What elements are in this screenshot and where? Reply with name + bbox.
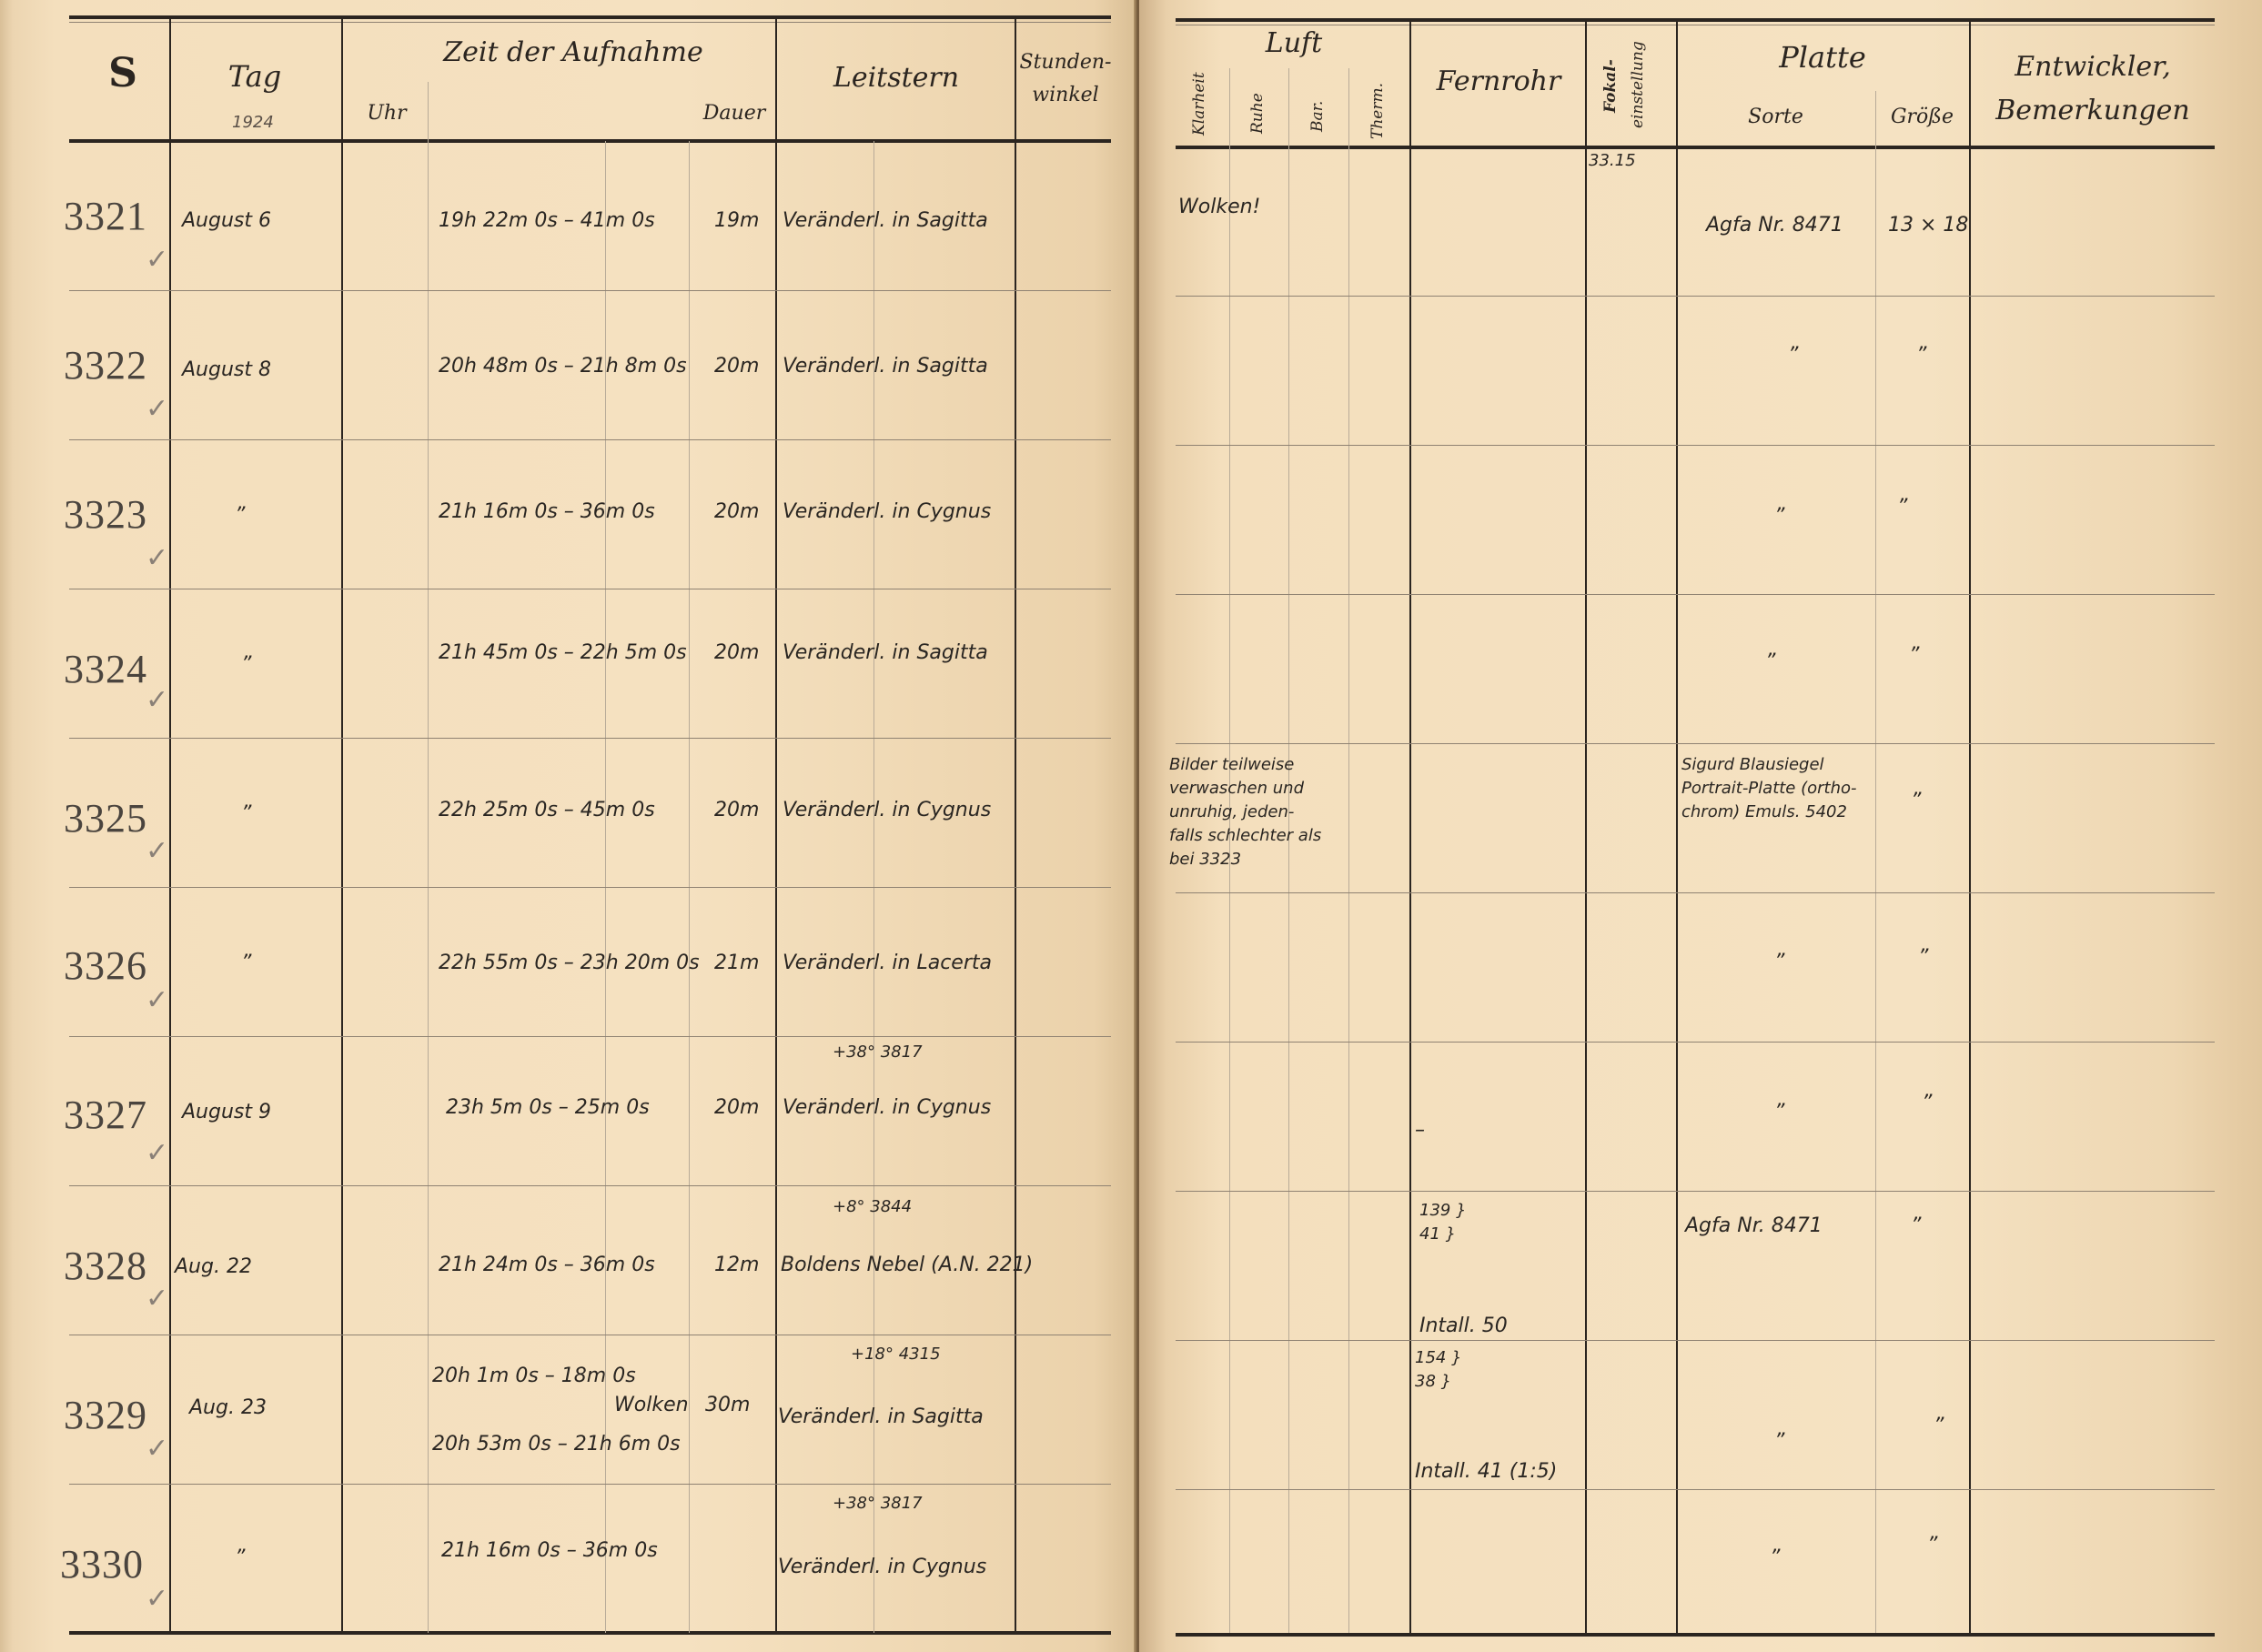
- row-divider: [69, 887, 1111, 888]
- time-cell-2: 20h 53m 0s – 21h 6m 0s: [432, 1433, 681, 1456]
- time-cell: 21h 16m 0s – 36m 0s: [441, 1539, 658, 1562]
- header-therm: Therm.: [1368, 80, 1387, 142]
- col-divider: [775, 17, 777, 1633]
- col-divider: [1409, 20, 1411, 1633]
- top-rule-double: [1176, 25, 2215, 25]
- leitstern-cell: Veränderl. in Cygnus: [783, 1096, 991, 1119]
- row-divider: [69, 738, 1111, 739]
- platte-sorte: ”: [1788, 344, 1798, 367]
- platte-sorte: ”: [1770, 1546, 1780, 1569]
- platte-groesse: ”: [1897, 496, 1907, 519]
- fokal-value: 33.15: [1589, 151, 1636, 170]
- row-divider: [69, 290, 1111, 291]
- row-divider: [69, 1185, 1111, 1186]
- left-page: S Tag 1924 Zeit der Aufnahme Uhr Dauer L…: [0, 0, 1139, 1652]
- dauer-cell: 30m: [705, 1394, 750, 1416]
- check-mark: ✓: [146, 1583, 168, 1615]
- fernrohr-note: 139 } 41 }: [1419, 1199, 1467, 1246]
- luft-note: Bilder teilweise verwaschen und unruhig,…: [1169, 753, 1321, 871]
- platte-groesse: ”: [1909, 644, 1919, 667]
- col-divider-faint: [1875, 91, 1876, 1633]
- leitstern-cell: Veränderl. in Lacerta: [783, 952, 992, 974]
- row-divider: [1176, 1191, 2215, 1192]
- top-rule-double: [69, 22, 1111, 23]
- exposure-number: 3328: [64, 1243, 147, 1289]
- exposure-number: 3321: [64, 193, 147, 239]
- check-mark: ✓: [146, 542, 168, 574]
- leitstern-position: +38° 3817: [833, 1043, 923, 1062]
- top-rule: [1176, 18, 2215, 22]
- dauer-cell: 20m: [714, 500, 759, 523]
- leitstern-position: +8° 3844: [833, 1197, 912, 1216]
- fernrohr-note: 154 } 38 }: [1415, 1346, 1462, 1394]
- row-divider: [1176, 1340, 2215, 1341]
- time-cell: 20h 1m 0s – 18m 0s: [432, 1365, 636, 1387]
- dauer-cell: 12m: [714, 1254, 759, 1276]
- header-tag: Tag: [200, 59, 309, 94]
- tag-cell: August 6: [182, 209, 271, 232]
- platte-groesse: ”: [1911, 1214, 1921, 1237]
- header-entwickler: Entwickler,: [1971, 51, 2215, 83]
- row-divider: [1176, 743, 2215, 744]
- time-cell: 22h 55m 0s – 23h 20m 0s: [439, 952, 700, 974]
- leitstern-cell: Veränderl. in Cygnus: [783, 799, 991, 821]
- leitstern-cell: Veränderl. in Sagitta: [783, 641, 988, 664]
- leitstern-cell: Veränderl. in Cygnus: [783, 500, 991, 523]
- leitstern-cell: Boldens Nebel (A.N. 221): [781, 1254, 1033, 1276]
- row-divider: [69, 439, 1111, 440]
- dauer-cell: 20m: [714, 1096, 759, 1119]
- row-divider: [69, 1335, 1111, 1335]
- header-ruhe: Ruhe: [1248, 84, 1267, 143]
- check-mark: ✓: [146, 393, 168, 425]
- header-rule: [1176, 146, 2215, 149]
- platte-groesse: ”: [1934, 1415, 1944, 1437]
- luft-note: Wolken!: [1178, 196, 1260, 218]
- platte-sorte: ”: [1774, 505, 1784, 528]
- header-klarheit: Klarheit: [1190, 65, 1208, 143]
- leitstern-cell: Veränderl. in Sagitta: [778, 1405, 984, 1428]
- row-divider: [1176, 445, 2215, 446]
- col-divider: [341, 17, 343, 1633]
- col-divider: [1969, 20, 1971, 1633]
- exposure-number: 3327: [64, 1092, 147, 1138]
- tag-cell: August 9: [182, 1101, 271, 1123]
- platte-sorte: ”: [1774, 951, 1784, 973]
- platte-sorte: Sigurd Blausiegel Portrait-Platte (ortho…: [1681, 753, 1857, 824]
- time-cell: 19h 22m 0s – 41m 0s: [439, 209, 655, 232]
- exposure-number: 3323: [64, 491, 147, 538]
- exposure-number: 3325: [64, 795, 147, 841]
- row-divider: [69, 1484, 1111, 1485]
- header-bar: Bar.: [1308, 91, 1327, 141]
- time-cell: 20h 48m 0s – 21h 8m 0s: [439, 355, 687, 378]
- row-divider: [1176, 1489, 2215, 1490]
- header-dauer: Dauer: [693, 102, 775, 125]
- tag-cell: ”: [241, 653, 251, 676]
- platte-groesse: ”: [1922, 1092, 1932, 1114]
- check-mark: ✓: [146, 1433, 168, 1465]
- col-divider: [1676, 20, 1678, 1633]
- platte-groesse: ”: [1927, 1534, 1937, 1556]
- tag-cell: ”: [235, 1546, 245, 1569]
- col-divider-faint: [428, 82, 429, 1633]
- platte-sorte: Agfa Nr. 8471: [1685, 1214, 1823, 1237]
- leitstern-cell: Veränderl. in Sagitta: [783, 355, 988, 378]
- year-note: 1924: [232, 113, 274, 132]
- fernrohr-note-bottom: Intall. 50: [1419, 1315, 1508, 1337]
- header-rule: [69, 139, 1111, 143]
- time-cell: 23h 5m 0s – 25m 0s: [446, 1096, 650, 1119]
- platte-groesse: ”: [1916, 344, 1926, 367]
- col-divider: [1585, 20, 1587, 1633]
- exposure-number: 3326: [64, 942, 147, 989]
- row-divider: [69, 1036, 1111, 1037]
- header-fokal-1: Fokal-: [1601, 50, 1620, 123]
- exposure-number: 3322: [64, 342, 147, 388]
- platte-sorte: ”: [1765, 650, 1775, 673]
- leitstern-cell: Veränderl. in Cygnus: [778, 1556, 986, 1578]
- time-cell: 21h 16m 0s – 36m 0s: [439, 500, 655, 523]
- platte-groesse: ”: [1918, 946, 1928, 969]
- dauer-cell: 21m: [714, 952, 759, 974]
- check-mark: ✓: [146, 244, 168, 276]
- leitstern-position: +38° 3817: [833, 1494, 923, 1513]
- tag-cell: ”: [241, 952, 251, 974]
- header-fokal-2: einstellung: [1629, 35, 1647, 135]
- tag-cell: Aug. 23: [189, 1396, 267, 1419]
- header-groesse: Größe: [1875, 106, 1969, 128]
- row-divider: [1176, 1042, 2215, 1043]
- col-divider: [169, 17, 171, 1633]
- row-divider: [69, 589, 1111, 589]
- fernrohr-note-bottom: Intall. 41 (1:5): [1415, 1460, 1557, 1483]
- col-divider: [1015, 17, 1016, 1633]
- header-leitstern: Leitstern: [778, 62, 1015, 94]
- header-sorte: Sorte: [1676, 106, 1875, 128]
- header-uhr: Uhr: [346, 102, 428, 125]
- top-rule: [69, 15, 1111, 19]
- exposure-number: 3330: [60, 1541, 144, 1587]
- time-cell: 22h 25m 0s – 45m 0s: [439, 799, 655, 821]
- header-stundenwinkel-1: Stunden-: [1015, 51, 1116, 74]
- tag-cell: ”: [241, 802, 251, 825]
- tag-cell: ”: [235, 504, 245, 527]
- bottom-rule: [69, 1631, 1111, 1635]
- header-fernrohr: Fernrohr: [1412, 65, 1585, 97]
- header-s: S: [91, 50, 155, 96]
- platte-sorte: Agfa Nr. 8471: [1706, 214, 1843, 237]
- tag-cell: August 8: [182, 358, 271, 381]
- leitstern-cell: Veränderl. in Sagitta: [783, 209, 988, 232]
- header-stundenwinkel-2: winkel: [1015, 84, 1116, 106]
- bottom-rule: [1176, 1633, 2215, 1637]
- check-mark: ✓: [146, 984, 168, 1016]
- header-zeit: Zeit der Aufnahme: [382, 36, 764, 68]
- tag-cell: Aug. 22: [175, 1255, 252, 1278]
- check-mark: ✓: [146, 1283, 168, 1315]
- header-bemerkungen: Bemerkungen: [1971, 95, 2215, 126]
- check-mark: ✓: [146, 835, 168, 867]
- check-mark: ✓: [146, 1137, 168, 1169]
- platte-sorte: ”: [1774, 1430, 1784, 1453]
- dauer-cell: 19m: [714, 209, 759, 232]
- time-note: Wolken: [614, 1394, 689, 1416]
- leitstern-position: +18° 4315: [851, 1345, 941, 1364]
- row-divider: [1176, 594, 2215, 595]
- row-divider: [1176, 892, 2215, 893]
- platte-groesse: ”: [1911, 790, 1921, 812]
- header-luft: Luft: [1230, 27, 1358, 59]
- dauer-cell: 20m: [714, 355, 759, 378]
- dauer-cell: 20m: [714, 641, 759, 664]
- exposure-number: 3329: [64, 1392, 147, 1438]
- exposure-number: 3324: [64, 646, 147, 692]
- time-cell: 21h 45m 0s – 22h 5m 0s: [439, 641, 687, 664]
- time-cell: 21h 24m 0s – 36m 0s: [439, 1254, 655, 1276]
- platte-groesse: 13 × 18: [1888, 214, 1968, 237]
- col-divider-faint: [1348, 68, 1349, 1633]
- dauer-cell: 20m: [714, 799, 759, 821]
- header-platte: Platte: [1676, 40, 1969, 75]
- row-divider: [1176, 296, 2215, 297]
- fernrohr-note: –: [1415, 1119, 1425, 1142]
- platte-sorte: ”: [1774, 1101, 1784, 1123]
- check-mark: ✓: [146, 684, 168, 716]
